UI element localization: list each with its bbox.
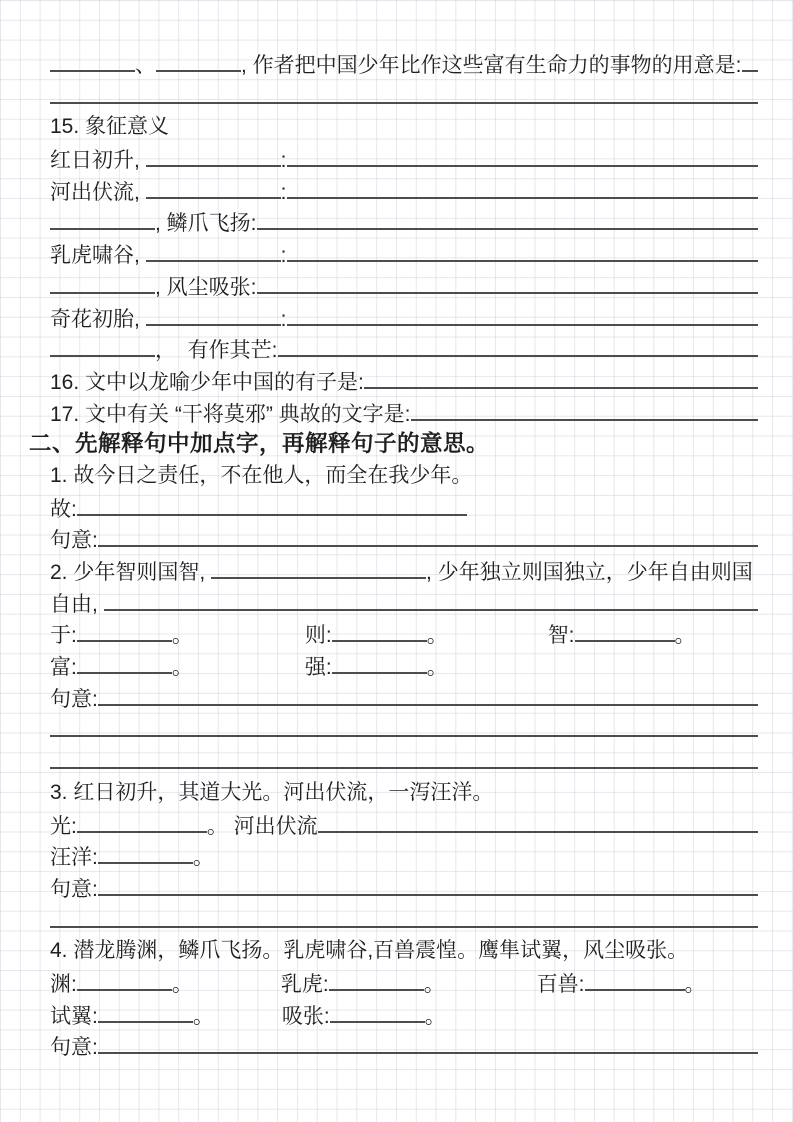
answer-blank <box>50 747 758 769</box>
text-segment: 自由, <box>50 591 104 618</box>
text-segment: 。 <box>675 622 696 649</box>
text-segment: 乳虎: <box>281 971 329 998</box>
section-2-heading: 二、先解释句中加点字，再解释句子的意思。 <box>29 427 758 459</box>
answer-blank <box>332 652 427 674</box>
answer-blank <box>287 145 758 167</box>
answer-blank <box>575 620 675 642</box>
q3-defs-row-2: 汪洋:。 <box>50 839 758 871</box>
answer-blank <box>98 1001 193 1023</box>
text-segment: 试翼: <box>50 1003 98 1030</box>
answer-blank <box>50 82 758 104</box>
column-gap <box>214 1022 282 1023</box>
text-segment: 。 <box>172 654 193 681</box>
text-segment: 1. 故今日之责任，不在他人，而全在我少年。 <box>50 462 472 489</box>
text-segment: 吸张: <box>282 1003 330 1030</box>
q15-row-1: 红日初升, : <box>50 142 758 174</box>
answer-blank <box>50 715 758 737</box>
text-segment: 句意: <box>50 686 98 713</box>
text-segment: 奇花初胎, <box>50 306 146 333</box>
answer-blank <box>98 525 758 547</box>
text-segment: 智: <box>548 622 575 649</box>
q15-row-5: , 风尘吸张: <box>50 269 758 301</box>
q2-meaning: 句意: <box>50 681 758 713</box>
q16-line: 16. 文中以龙喻少年中国的有子是: <box>50 364 758 396</box>
text-segment: 乳虎啸谷, <box>50 242 146 269</box>
text-segment: 。 <box>427 654 448 681</box>
text-segment: 红日初升, <box>50 147 146 174</box>
q1-sentence: 1. 故今日之责任，不在他人，而全在我少年。 <box>50 459 758 491</box>
answer-blank <box>278 335 758 357</box>
column-gap <box>448 641 548 642</box>
text-segment: 。 <box>193 1003 214 1030</box>
answer-blank <box>411 399 758 421</box>
answer-blank <box>77 969 172 991</box>
q15-title: 15. 象征意义 <box>50 110 758 142</box>
answer-blank <box>318 811 758 833</box>
answer-blank <box>77 620 172 642</box>
text-segment: 河出伏流, <box>50 179 146 206</box>
q4-defs-row-2: 试翼:。吸张:。 <box>50 998 758 1030</box>
q2-answer-line-1 <box>50 712 758 744</box>
column-gap <box>193 673 305 674</box>
text-segment: 故: <box>50 496 77 523</box>
answer-blank <box>146 240 281 262</box>
text-segment: 强: <box>305 654 332 681</box>
answer-blank <box>104 589 758 611</box>
answer-blank <box>77 494 467 516</box>
text-segment: 富: <box>50 654 77 681</box>
answer-blank <box>287 304 758 326</box>
answer-blank <box>50 906 758 928</box>
answer-blank <box>50 272 155 294</box>
q2-defs-row-1: 于:。则:。智:。 <box>50 617 758 649</box>
text-segment: 。 <box>425 1003 446 1030</box>
answer-blank <box>287 177 758 199</box>
text-segment: , 鳞爪飞扬: <box>155 210 257 237</box>
q15-row-6: 奇花初胎, : <box>50 301 758 333</box>
q15-row-4: 乳虎啸谷, : <box>50 237 758 269</box>
q14-answer-line <box>50 79 758 111</box>
column-gap <box>193 990 281 991</box>
answer-blank <box>332 620 427 642</box>
text-segment: 。 <box>685 971 706 998</box>
answer-blank <box>77 811 207 833</box>
q2-answer-line-2 <box>50 744 758 776</box>
q3-sentence: 3. 红日初升，其道大光。河出伏流，一泻汪洋。 <box>50 776 758 808</box>
text-segment: 汪洋: <box>50 844 98 871</box>
answer-blank <box>77 652 172 674</box>
q15-row-2: 河出伏流, : <box>50 174 758 206</box>
text-segment: 。 <box>172 971 193 998</box>
q2-sentence-part1: 2. 少年智则国智, , 少年独立则国独立，少年自由则国 <box>50 554 758 586</box>
answer-blank <box>330 1001 425 1023</box>
text-segment: 16. 文中以龙喻少年中国的有子是: <box>50 369 364 396</box>
text-segment: 百兽: <box>537 971 585 998</box>
text-segment: 4. 潜龙腾渊，鳞爪飞扬。乳虎啸谷,百兽震惶。鹰隼试翼，风尘吸张。 <box>50 937 688 964</box>
q3-answer-line <box>50 903 758 935</box>
q3-defs-row-1: 光:。 河出伏流 <box>50 808 758 840</box>
answer-blank <box>98 684 758 706</box>
answer-blank <box>146 304 281 326</box>
text-segment: 15. 象征意义 <box>50 113 169 140</box>
q15-row-3: , 鳞爪飞扬: <box>50 205 758 237</box>
q14-continuation-line: 、, 作者把中国少年比作这些富有生命力的事物的用意是: <box>50 47 758 79</box>
text-segment: 、 <box>135 52 156 79</box>
answer-blank <box>257 208 758 230</box>
text-segment: 则: <box>305 622 332 649</box>
text-segment: , 作者把中国少年比作这些富有生命力的事物的用意是: <box>241 52 742 79</box>
text-segment: 句意: <box>50 527 98 554</box>
answer-blank <box>50 208 155 230</box>
text-segment: , 风尘吸张: <box>155 274 257 301</box>
answer-blank <box>146 177 281 199</box>
answer-blank <box>329 969 424 991</box>
answer-blank <box>364 367 758 389</box>
worksheet-page: 、, 作者把中国少年比作这些富有生命力的事物的用意是:15. 象征意义红日初升,… <box>0 0 793 1122</box>
text-segment: 光: <box>50 813 77 840</box>
answer-blank <box>50 50 135 72</box>
answer-blank <box>98 1032 758 1054</box>
q4-defs-row-1: 渊:。乳虎:。百兽:。 <box>50 966 758 998</box>
text-segment: 2. 少年智则国智, <box>50 559 211 586</box>
text-segment: 。 <box>427 622 448 649</box>
text-segment: , 少年独立则国独立，少年自由则国 <box>426 559 753 586</box>
q2-sentence-part2: 自由, <box>50 586 758 618</box>
q3-meaning: 句意: <box>50 871 758 903</box>
text-segment: ， 有作其芒: <box>155 337 278 364</box>
answer-blank <box>585 969 685 991</box>
text-segment: 17. 文中有关 “干将莫邪” 典故的文字是: <box>50 401 411 428</box>
text-segment: 渊: <box>50 971 77 998</box>
q17-line: 17. 文中有关 “干将莫邪” 典故的文字是: <box>50 396 758 428</box>
text-segment: 二、先解释句中加点字，再解释句子的意思。 <box>29 430 489 457</box>
q4-meaning: 句意: <box>50 1029 758 1061</box>
text-segment: 句意: <box>50 876 98 903</box>
column-gap <box>193 641 305 642</box>
text-segment: 句意: <box>50 1034 98 1061</box>
answer-blank <box>98 842 193 864</box>
worksheet: 、, 作者把中国少年比作这些富有生命力的事物的用意是:15. 象征意义红日初升,… <box>50 47 758 1061</box>
text-segment: 。 <box>424 971 445 998</box>
answer-blank <box>211 557 426 579</box>
q4-sentence: 4. 潜龙腾渊，鳞爪飞扬。乳虎啸谷,百兽震惶。鹰隼试翼，风尘吸张。 <box>50 934 758 966</box>
q2-defs-row-2: 富:。强:。 <box>50 649 758 681</box>
answer-blank <box>146 145 281 167</box>
column-gap <box>445 990 537 991</box>
text-segment: 于: <box>50 622 77 649</box>
q15-row-7: ， 有作其芒: <box>50 332 758 364</box>
answer-blank <box>98 874 758 896</box>
answer-blank <box>156 50 241 72</box>
answer-blank <box>742 50 758 72</box>
answer-blank <box>50 335 155 357</box>
answer-blank <box>257 272 758 294</box>
text-segment: 。 <box>193 844 214 871</box>
q1-def-gu: 故: <box>50 491 758 523</box>
text-segment: 3. 红日初升，其道大光。河出伏流，一泻汪洋。 <box>50 779 493 806</box>
answer-blank <box>287 240 758 262</box>
text-segment: 。 <box>172 622 193 649</box>
q1-meaning: 句意: <box>50 522 758 554</box>
text-segment: 。 河出伏流 <box>207 813 318 840</box>
